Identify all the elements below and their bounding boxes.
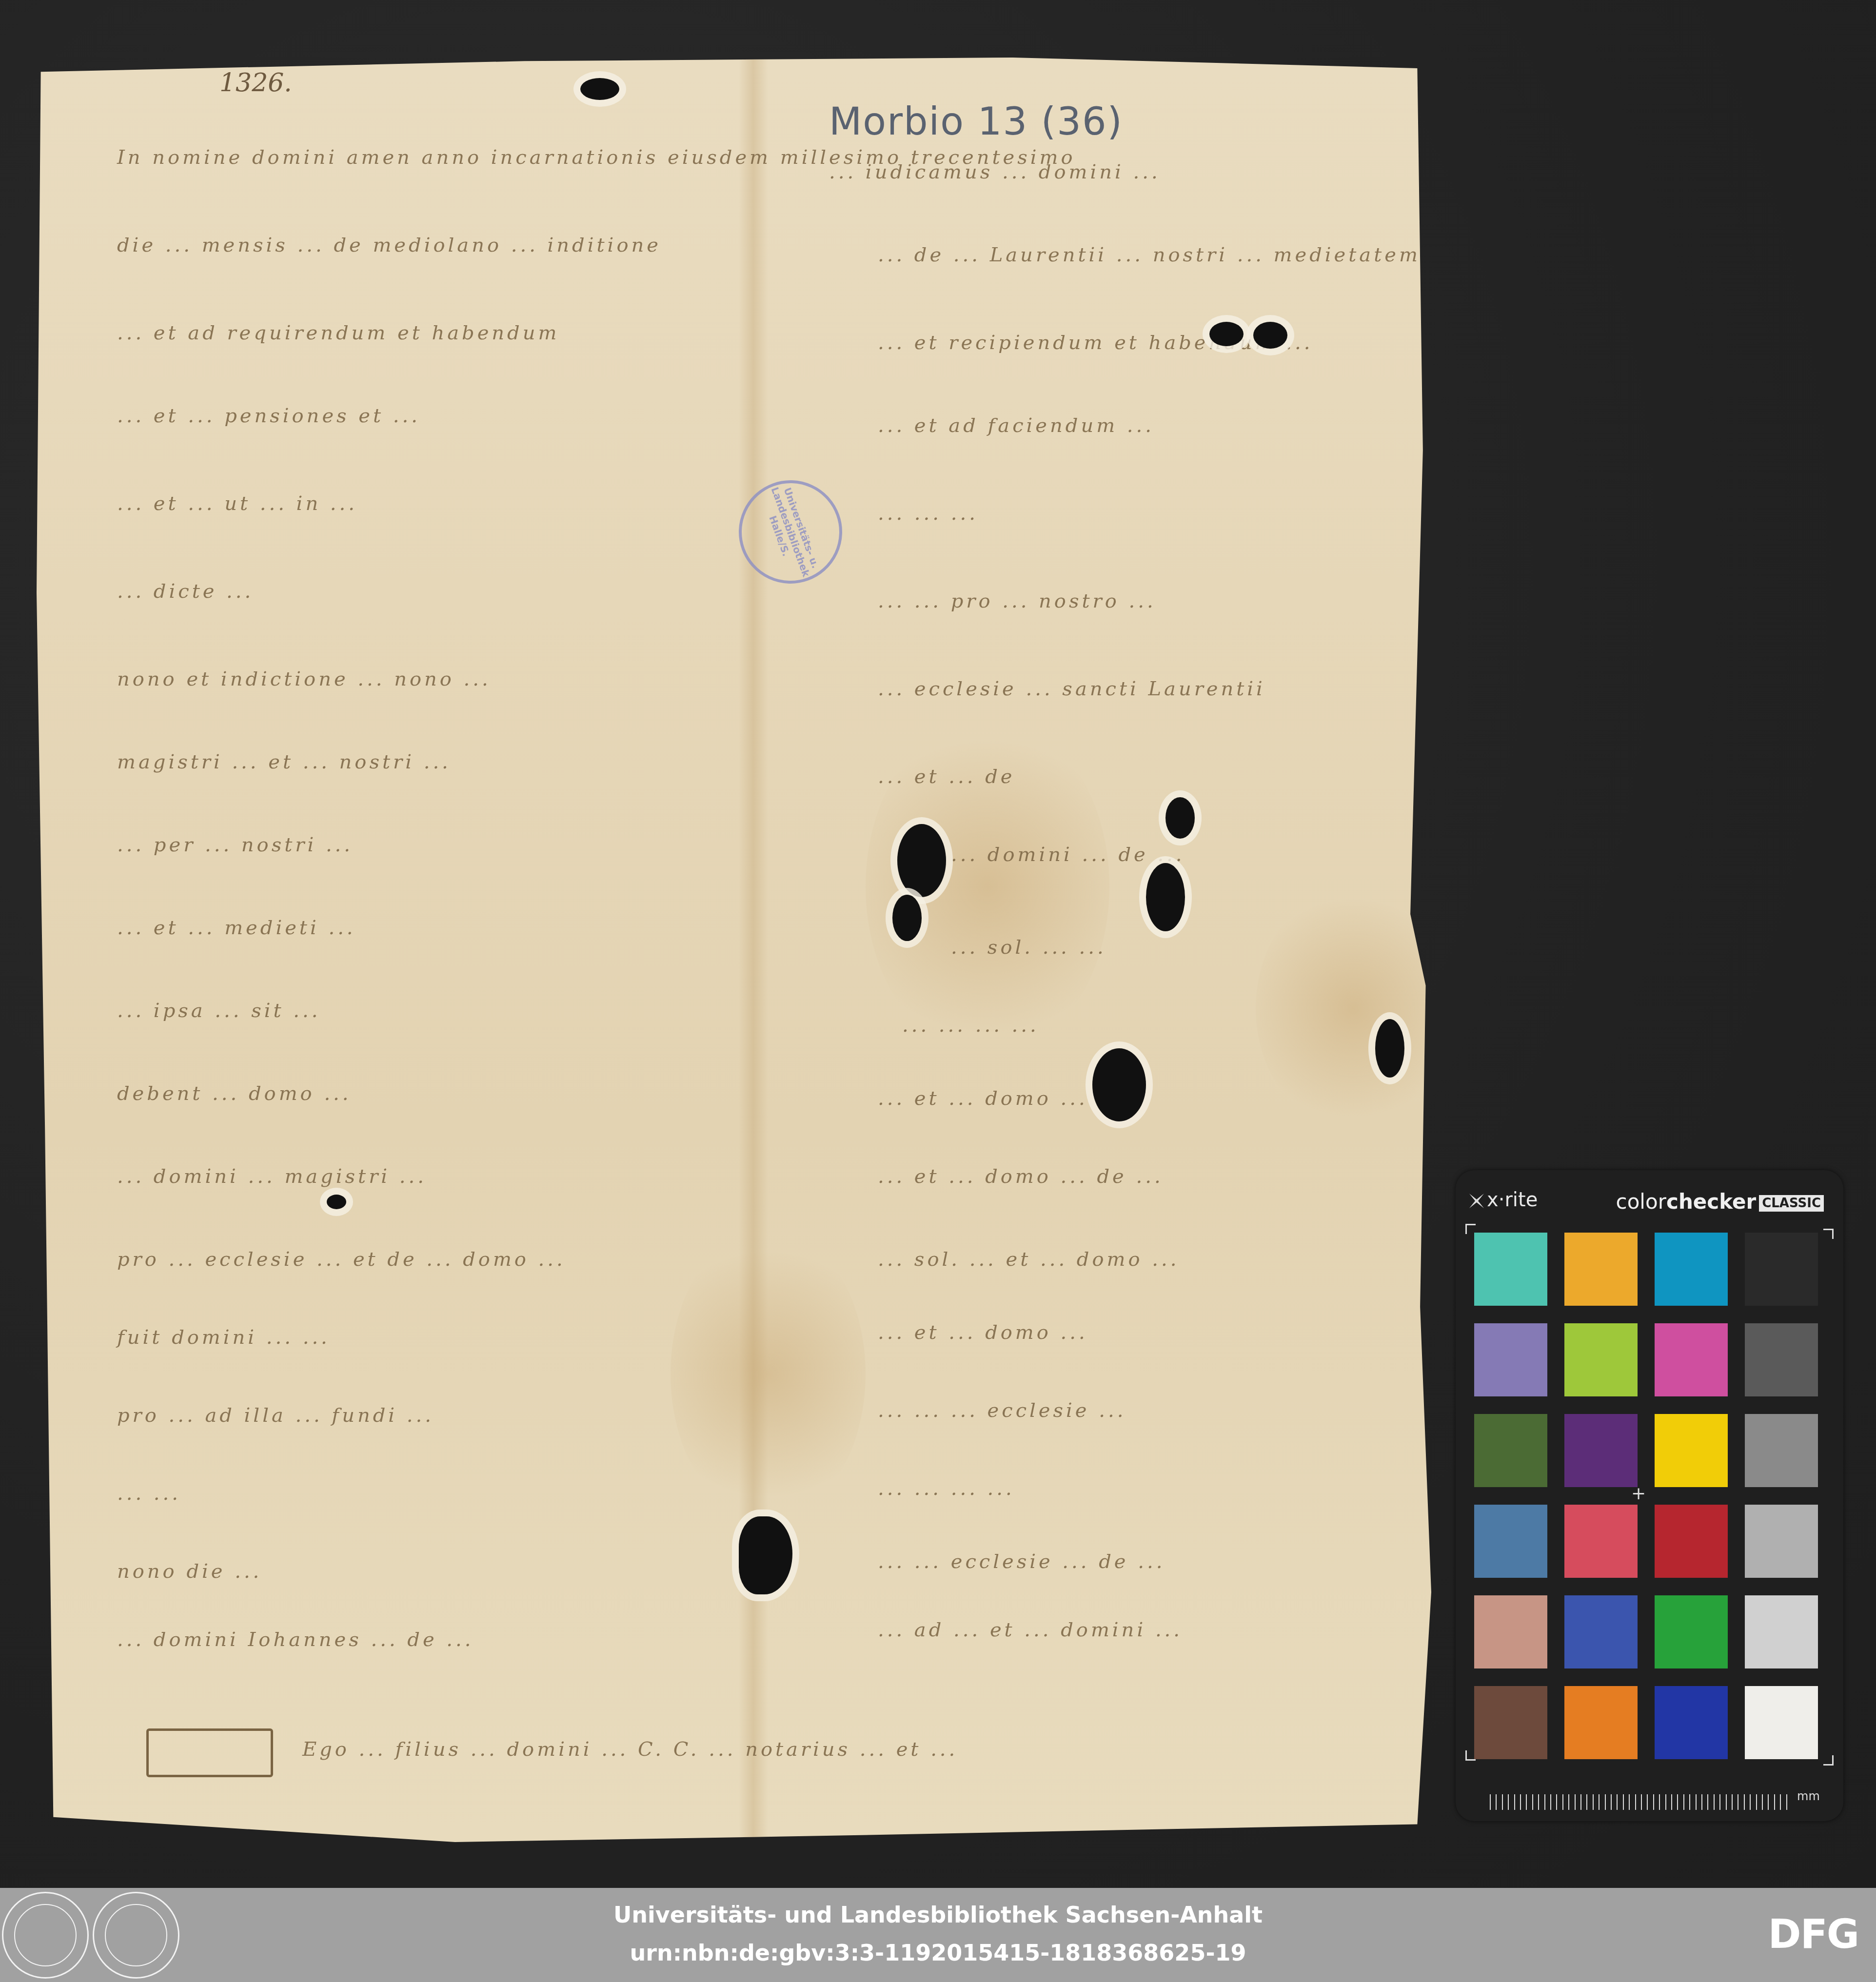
parchment-hole (1253, 322, 1287, 349)
title-light: color (1616, 1190, 1666, 1214)
institution-name: Universitäts- und Landesbibliothek Sachs… (0, 1902, 1876, 1928)
color-swatch-23 (1655, 1686, 1728, 1759)
manuscript-line: ... ipsa ... sit ... (117, 1000, 320, 1024)
color-swatch-22 (1564, 1686, 1638, 1759)
color-swatch-6 (1564, 1323, 1638, 1396)
color-swatch-grid (1474, 1233, 1818, 1759)
manuscript-line: ... et ... de (878, 765, 1015, 790)
color-swatch-18 (1564, 1595, 1638, 1668)
title-bold: checker (1666, 1190, 1756, 1214)
manuscript-line: ... et ... medieti ... (117, 917, 356, 941)
manuscript-line: nono et indictione ... nono ... (117, 668, 491, 692)
parchment-hole (892, 895, 922, 941)
color-swatch-24 (1745, 1686, 1818, 1759)
manuscript-line: ... per ... nostri ... (117, 834, 353, 858)
notarial-subscription: Ego ... filius ... domini ... C. C. ... … (302, 1738, 958, 1763)
corner-mark-icon (1823, 1755, 1834, 1766)
manuscript-line: ... domini ... de ... (951, 844, 1185, 868)
color-swatch-17 (1474, 1595, 1547, 1668)
manuscript-line: ... ... pro ... nostro ... (878, 590, 1156, 614)
manuscript-line: pro ... ad illa ... fundi ... (117, 1404, 434, 1429)
color-swatch-15 (1655, 1505, 1728, 1578)
corner-mark-icon (1823, 1229, 1834, 1239)
crosshair-icon: + (1631, 1485, 1646, 1503)
color-swatch-13 (1474, 1505, 1547, 1578)
color-swatch-20 (1745, 1595, 1818, 1668)
manuscript-line: ... et recipiendum et habendum ... (878, 332, 1313, 356)
manuscript-line: ... ad ... et ... domini ... (878, 1619, 1183, 1643)
color-swatch-4 (1745, 1233, 1818, 1306)
manuscript-line: pro ... ecclesie ... et de ... domo ... (117, 1248, 566, 1273)
manuscript-line: nono die ... (117, 1560, 262, 1585)
manuscript-line: ... et ... pensiones et ... (117, 405, 420, 429)
color-swatch-10 (1564, 1414, 1638, 1487)
color-swatch-5 (1474, 1323, 1547, 1396)
manuscript-line: ... et ad faciendum ... (878, 414, 1154, 439)
date-annotation: 1326. (219, 68, 292, 98)
manuscript-line: ... iudicamus ... domini ... (829, 161, 1161, 185)
manuscript-line: ... dicte ... (117, 580, 254, 605)
manuscript-line: ... de ... Laurentii ... nostri ... medi… (878, 244, 1421, 268)
manuscript-line: ... et ... domo ... (878, 1321, 1088, 1346)
manuscript-line: ... et ad requirendum et habendum (117, 322, 559, 346)
manuscript-line: ... et ... domo ... (878, 1087, 1088, 1112)
mm-ruler (1490, 1794, 1787, 1810)
xrite-logo: x·rite (1469, 1189, 1538, 1211)
manuscript-line: ... ... ecclesie ... de ... (878, 1550, 1165, 1575)
color-checker-card: x·rite colorcheckerCLASSIC + mm (1456, 1170, 1843, 1821)
parchment-hole (327, 1195, 346, 1209)
water-stain (671, 1228, 866, 1520)
manuscript-line: ... domini ... magistri ... (117, 1165, 427, 1190)
parchment-hole (1146, 863, 1185, 931)
pencil-shelfmark: Morbio 13 (36) (829, 100, 1123, 144)
color-swatch-9 (1474, 1414, 1547, 1487)
dfg-logo: DFG (1768, 1911, 1858, 1958)
manuscript-line: debent ... domo ... (117, 1082, 352, 1107)
ruler-unit: mm (1797, 1789, 1820, 1803)
manuscript-line: die ... mensis ... de mediolano ... indi… (117, 234, 661, 258)
library-footer: Universitäts- und Landesbibliothek Sachs… (0, 1888, 1876, 1982)
xrite-brand-text: x·rite (1487, 1189, 1538, 1211)
color-swatch-7 (1655, 1323, 1728, 1396)
color-swatch-16 (1745, 1505, 1818, 1578)
urn-identifier: urn:nbn:de:gbv:3:3-1192015415-1818368625… (0, 1940, 1876, 1966)
color-swatch-12 (1745, 1414, 1818, 1487)
manuscript-line: ... sol. ... et ... domo ... (878, 1248, 1179, 1273)
manuscript-line: ... ... (117, 1482, 181, 1507)
parchment-hole (897, 824, 946, 897)
parchment-hole (1092, 1048, 1146, 1121)
parchment-hole (1375, 1019, 1404, 1078)
xrite-icon (1469, 1194, 1484, 1208)
color-swatch-14 (1564, 1505, 1638, 1578)
manuscript-line: ... sol. ... ... (951, 936, 1106, 961)
color-swatch-8 (1745, 1323, 1818, 1396)
manuscript-line: ... ... ... ... (902, 1014, 1039, 1039)
color-swatch-19 (1655, 1595, 1728, 1668)
color-swatch-2 (1564, 1233, 1638, 1306)
colorchecker-title: colorcheckerCLASSIC (1616, 1190, 1824, 1214)
manuscript-line: ... ... ... (878, 502, 978, 527)
manuscript-line: ... et ... ut ... in ... (117, 492, 357, 517)
parchment-hole (1209, 322, 1244, 346)
parchment-hole (1165, 797, 1195, 839)
manuscript-line: ... ... ... ... (878, 1477, 1015, 1502)
color-swatch-11 (1655, 1414, 1728, 1487)
classic-badge: CLASSIC (1759, 1195, 1824, 1212)
manuscript-line: ... et ... domo ... de ... (878, 1165, 1164, 1190)
parchment-hole (580, 78, 619, 100)
manuscript-line: ... ... ... ecclesie ... (878, 1399, 1126, 1424)
manuscript-line: ... domini Iohannes ... de ... (117, 1629, 474, 1653)
manuscript-line: magistri ... et ... nostri ... (117, 751, 451, 775)
notarial-sign (146, 1728, 273, 1777)
manuscript-line: ... ecclesie ... sancti Laurentii (878, 678, 1265, 702)
color-swatch-1 (1474, 1233, 1547, 1306)
color-swatch-3 (1655, 1233, 1728, 1306)
manuscript-line: fuit domini ... ... (117, 1326, 330, 1351)
color-swatch-21 (1474, 1686, 1547, 1759)
